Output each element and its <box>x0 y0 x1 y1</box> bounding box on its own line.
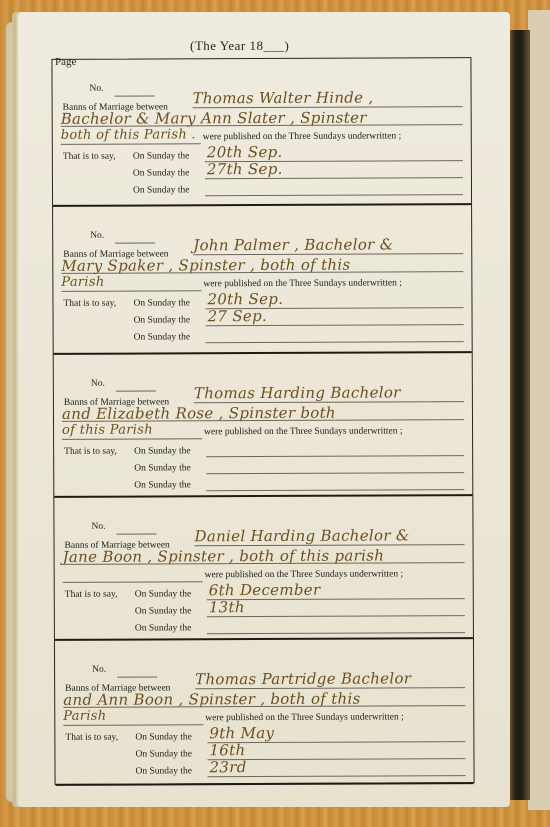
published-label: were published on the Three Sundays unde… <box>205 569 404 580</box>
number-label: No. <box>90 231 104 241</box>
banns-entry-3: No. Banns of Marriage between Thomas Har… <box>54 351 473 497</box>
handwritten-line-1: Thomas Harding Bachelor <box>194 383 401 402</box>
sunday-date-1: 6th December <box>209 581 321 599</box>
sunday-date-2: 16th <box>209 741 245 759</box>
handwritten-line-3: both of this Parish . <box>61 127 196 143</box>
handwritten-line-3: Parish <box>63 709 106 724</box>
banns-entry-2: No. Banns of Marriage between John Palme… <box>53 203 472 349</box>
that-is-label: That is to say, <box>63 299 116 309</box>
sunday-line-2 <box>207 615 465 617</box>
sunday-label-1: On Sunday the <box>133 151 190 161</box>
sunday-line-1 <box>207 741 465 743</box>
banns-entry-4: No. Banns of Marriage between Daniel Har… <box>54 494 473 640</box>
published-label: were published on the Three Sundays unde… <box>204 426 403 437</box>
sunday-line-1 <box>206 455 464 457</box>
sunday-label-1: On Sunday the <box>135 732 192 742</box>
sunday-label-1: On Sunday the <box>133 298 190 308</box>
book-spine <box>508 30 530 800</box>
handwritten-line-1: Thomas Partridge Bachelor <box>195 669 411 688</box>
sunday-label-2: On Sunday the <box>133 168 190 178</box>
number-label: No. <box>90 84 104 94</box>
sunday-label-2: On Sunday the <box>134 315 191 325</box>
sunday-date-3: 23rd <box>209 758 246 776</box>
sunday-line-3 <box>208 775 466 777</box>
sunday-label-2: On Sunday the <box>135 606 192 616</box>
sunday-label-2: On Sunday the <box>135 749 192 759</box>
entry-line-3 <box>63 724 203 726</box>
that-is-label: That is to say, <box>63 152 116 162</box>
banns-form-frame: No. Banns of Marriage between Thomas Wal… <box>51 57 474 785</box>
sunday-date-2: 27th Sep. <box>207 160 283 178</box>
handwritten-line-1: Daniel Harding Bachelor & <box>194 526 409 545</box>
sunday-line-3 <box>205 194 463 196</box>
handwritten-line-3: of this Parish <box>62 422 153 437</box>
entry-line-3 <box>62 438 202 440</box>
entry-line-3 <box>61 290 201 292</box>
number-label: No. <box>91 379 105 389</box>
number-line <box>116 533 156 534</box>
number-label: No. <box>92 665 106 675</box>
handwritten-line-1: John Palmer , Bachelor & <box>193 235 393 254</box>
number-line <box>116 390 156 391</box>
year-label: (The Year 18___) <box>190 38 289 54</box>
sunday-line-3 <box>206 341 464 343</box>
sunday-date-2: 13th <box>209 598 245 616</box>
entry-line-3 <box>61 143 201 145</box>
published-label: were published on the Three Sundays unde… <box>203 278 402 289</box>
entry-line-3 <box>63 581 203 583</box>
sunday-line-2 <box>206 324 464 326</box>
banns-entry-5: No. Banns of Marriage between Thomas Par… <box>55 637 474 783</box>
that-is-label: That is to say, <box>65 733 118 743</box>
sunday-line-2 <box>206 472 464 474</box>
sunday-label-3: On Sunday the <box>134 480 191 490</box>
sunday-date-1: 9th May <box>209 724 274 742</box>
sunday-label-1: On Sunday the <box>134 446 191 456</box>
sunday-label-3: On Sunday the <box>133 185 190 195</box>
sunday-date-1: 20th Sep. <box>207 290 283 308</box>
handwritten-line-1: Thomas Walter Hinde , <box>193 89 374 108</box>
published-label: were published on the Three Sundays unde… <box>203 131 402 142</box>
sunday-line-3 <box>206 489 464 491</box>
handwritten-line-3: Parish <box>61 275 104 290</box>
sunday-label-3: On Sunday the <box>134 332 191 342</box>
sunday-date-2: 27 Sep. <box>208 307 268 325</box>
sunday-line-3 <box>207 632 465 634</box>
sunday-date-1: 20th Sep. <box>207 143 283 161</box>
sunday-label-3: On Sunday the <box>136 766 193 776</box>
number-line <box>117 676 157 677</box>
sunday-label-3: On Sunday the <box>135 623 192 633</box>
published-label: were published on the Three Sundays unde… <box>205 712 404 723</box>
adjacent-page-edge <box>528 10 550 810</box>
number-line <box>115 95 155 96</box>
number-label: No. <box>91 522 105 532</box>
that-is-label: That is to say, <box>64 447 117 457</box>
number-line <box>115 242 155 243</box>
sunday-label-1: On Sunday the <box>135 589 192 599</box>
sunday-label-2: On Sunday the <box>134 463 191 473</box>
that-is-label: That is to say, <box>65 590 118 600</box>
banns-entry-1: No. Banns of Marriage between Thomas Wal… <box>52 58 471 202</box>
sunday-line-2 <box>205 177 463 179</box>
sunday-line-1 <box>207 598 465 600</box>
